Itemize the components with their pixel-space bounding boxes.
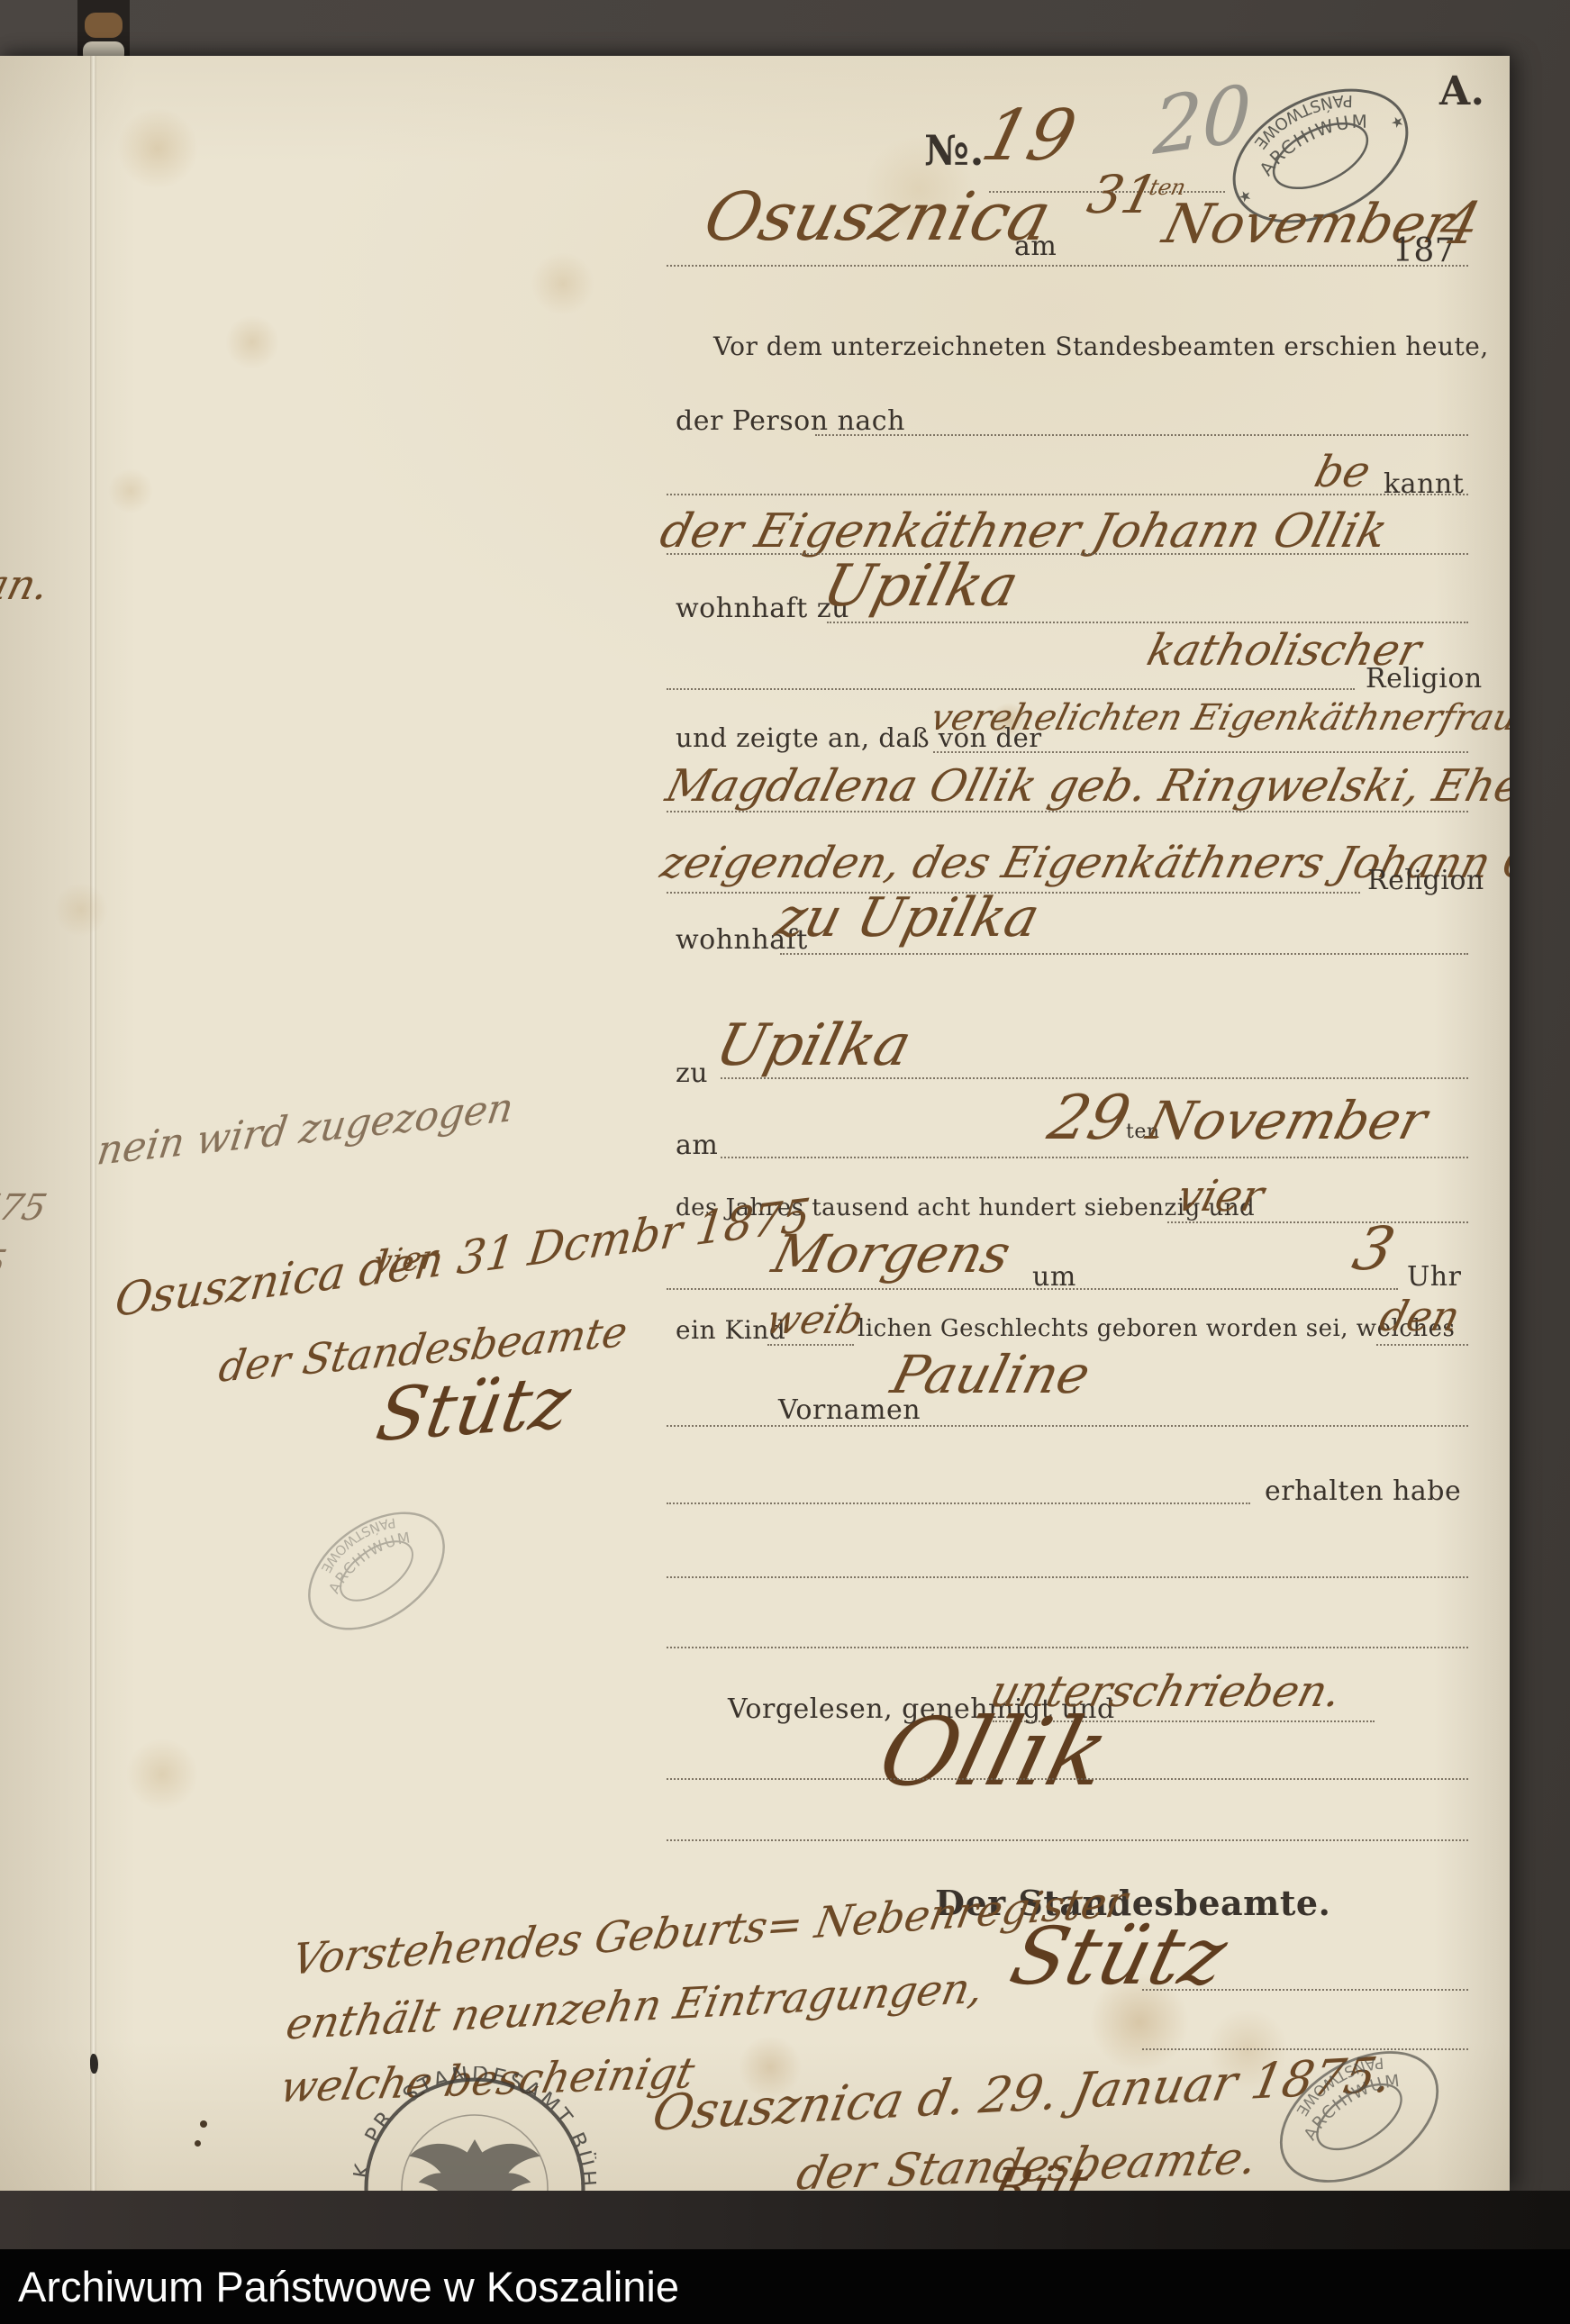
dotted-line xyxy=(767,1344,854,1346)
archival-scan-viewer: { "footer": { "label": "Archiwum Państwo… xyxy=(0,0,1570,2324)
hw-birth-day: 29 xyxy=(1041,1083,1137,1154)
dotted-line xyxy=(933,751,1468,753)
dotted-line xyxy=(667,553,1468,555)
edge-fragment-number: 5 xyxy=(0,1243,10,1285)
dotted-line xyxy=(667,265,1468,267)
dotted-line xyxy=(667,1778,1468,1780)
foxing-dot xyxy=(200,2120,207,2128)
hw-mother-line2: Magdalena Ollik geb. Ringwelski, Ehefrau… xyxy=(661,760,1510,812)
prussian-eagle-icon xyxy=(409,2139,540,2191)
paper-stain xyxy=(531,252,594,315)
dotted-line xyxy=(667,688,1355,690)
am-label-2: am xyxy=(676,1130,718,1161)
religion-label-2: Religion xyxy=(1367,865,1484,896)
dotted-line xyxy=(827,622,1468,623)
archive-name-label: Archiwum Państwowe w Koszalinie xyxy=(18,2249,679,2324)
margin-place-date: Osusznica den 31 Dcmbr 1875 xyxy=(113,1188,813,1327)
hw-declarant: der Eigenkäthner Johann Ollik xyxy=(655,504,1393,558)
margin-signature: Stütz xyxy=(370,1359,576,1457)
hw-birth-month: November xyxy=(1141,1090,1433,1151)
dotted-line xyxy=(667,1425,1468,1427)
paper-stain xyxy=(117,108,198,189)
binding-cord xyxy=(85,13,123,38)
dotted-line xyxy=(667,1502,1250,1504)
hw-residence: Upilka xyxy=(817,553,1025,620)
dotted-line xyxy=(1376,1344,1468,1346)
hw-be: be xyxy=(1310,447,1375,497)
dotted-line xyxy=(721,1157,1468,1158)
dotted-line xyxy=(815,434,1468,436)
dotted-line xyxy=(1167,1221,1468,1223)
page-corner-letter: A. xyxy=(1439,68,1484,114)
margin-note-top: nein wird zugezogen xyxy=(95,1085,516,1176)
hw-sex: weib xyxy=(761,1297,868,1343)
record-place: Osusznica xyxy=(697,178,1059,256)
religion-label: Religion xyxy=(1366,663,1483,694)
dotted-line xyxy=(1142,1989,1468,1991)
archive-oval-stamp-mid: ARCHIWUM PAŃSTWOWE xyxy=(278,1479,476,1664)
kannt-label: kannt xyxy=(1384,468,1464,500)
hw-firstname: Pauline xyxy=(885,1344,1096,1405)
archive-footer-bar: Archiwum Państwowe w Koszalinie xyxy=(0,2249,1570,2324)
paper-stain xyxy=(225,315,279,369)
dotted-line xyxy=(780,953,1468,955)
scanner-mat xyxy=(0,2191,1570,2249)
paper-stain xyxy=(54,883,108,937)
hw-mother-line1: verehelichten Eigenkäthnerfrau xyxy=(927,697,1510,739)
page-fold-crease xyxy=(90,56,96,2191)
erhalten-habe-label: erhalten habe xyxy=(1265,1475,1461,1507)
registry-round-stamp: • K. PR. STANDESAMT BÜHL xyxy=(353,2066,596,2191)
form-intro-line: Vor dem unterzeichneten Standesbeamten e… xyxy=(713,331,1489,361)
foxing-dot xyxy=(195,2140,201,2147)
archive-oval-stamp-bottom: ARCHIWUM PAŃSTWOWE xyxy=(1246,2013,1473,2191)
uhr-label: Uhr xyxy=(1407,1261,1461,1293)
hw-birthplace: Upilka xyxy=(710,1012,918,1079)
edge-fragment-number: 575 xyxy=(0,1187,50,1229)
closing-signature-partial: Rüt xyxy=(985,2156,1094,2191)
closing-line1: Vorstehendes Geburts= Nebenregister xyxy=(288,1876,1130,1985)
hw-mother-residence: zu Upilka xyxy=(770,886,1046,949)
paper-stain xyxy=(108,468,153,513)
person-nach-label: der Person nach xyxy=(676,405,905,437)
hw-father-signature: Ollik xyxy=(869,1697,1120,1807)
dotted-line xyxy=(667,1288,1398,1290)
zu-label: zu xyxy=(676,1058,708,1089)
sex-sentence-label: lichen Geschlechts geboren worden sei, w… xyxy=(858,1315,1455,1342)
dotted-line xyxy=(721,1077,1468,1079)
dotted-line xyxy=(667,811,1468,812)
paper-tear xyxy=(90,2054,98,2074)
am-label: am xyxy=(1014,231,1057,262)
paper-stain xyxy=(126,1738,198,1811)
dotted-line xyxy=(667,1576,1468,1578)
dotted-line xyxy=(667,1839,1468,1841)
hw-article-den: den xyxy=(1375,1292,1466,1340)
hw-birth-year: vier xyxy=(1172,1171,1269,1221)
register-page: A. 20 ARCHIWUM PAŃSTWOWE ★ ★ №. 19 Osusz… xyxy=(0,56,1510,2191)
hw-hour: 3 xyxy=(1347,1214,1402,1284)
record-number: 19 xyxy=(975,95,1084,177)
edge-fragment-text: lan. xyxy=(0,560,54,609)
dotted-line xyxy=(667,1647,1468,1648)
